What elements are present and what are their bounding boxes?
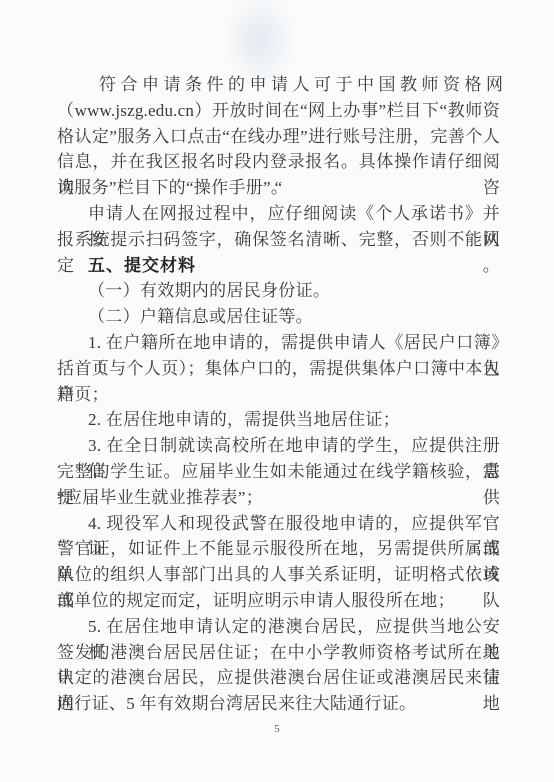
text-line: （二）户籍信息或居住证等。 <box>57 304 500 330</box>
text-line: （www.jszg.edu.cn）开放时间在“网上办事”栏目下“教师资 <box>57 98 500 124</box>
text-line: 籍页； <box>57 382 500 408</box>
text-line: 完整的学生证。应届毕业生如未能通过在线学籍核验，需提供 <box>57 459 500 485</box>
text-line: 签发的港澳台居民居住证；在中小学教师资格考试所在地申请 <box>57 640 500 666</box>
page-number: 5 <box>0 723 554 735</box>
text-line: 信息，并在我区报名时段内登录报名。具体操作请仔细阅读“咨 <box>57 149 500 175</box>
document-page: 符合申请条件的申请人可于中国教师资格网（www.jszg.edu.cn）开放时间… <box>0 0 554 782</box>
text-line: 3. 在全日制就读高校所在地申请的学生，应提供注册信息 <box>57 433 500 459</box>
text-line: （一）有效期内的居民身份证。 <box>57 278 500 304</box>
text-line: 申请人在网报过程中，应仔细阅读《个人承诺书》并按网 <box>57 201 500 227</box>
document-body-text: 符合申请条件的申请人可于中国教师资格网（www.jszg.edu.cn）开放时间… <box>57 72 500 717</box>
text-line: 或单位的规定而定，证明应明示申请人服役所在地； <box>57 588 500 614</box>
text-line: 警官证，如证件上不能显示服役所在地，另需提供所属部队或 <box>57 536 500 562</box>
text-line: 单位的组织人事部门出具的人事关系证明，证明格式依该部队 <box>57 562 500 588</box>
text-line: 4. 现役军人和现役武警在服役地申请的，应提供军官证或 <box>57 511 500 537</box>
text-line: 5. 在居住地申请认定的港澳台居民，应提供当地公安机关 <box>57 614 500 640</box>
text-line: 报系统提示扫码签字，确保签名清晰、完整，否则不能认定。 <box>57 227 500 253</box>
text-line: 括首页与个人页）；集体户口的，需提供集体户口簿中本人户 <box>57 356 500 382</box>
text-line: 1. 在户籍所在地申请的，需提供申请人《居民户口簿》（包 <box>57 330 500 356</box>
text-line: 格认定”服务入口点击“在线办理”进行账号注册，完善个人 <box>57 124 500 150</box>
text-line: 2. 在居住地申请的，需提供当地居住证； <box>57 407 500 433</box>
text-line: 符合申请条件的申请人可于中国教师资格网 <box>57 72 500 98</box>
text-line: 认定的港澳台居民，应提供港澳台居住证或港澳居民来往内地 <box>57 665 500 691</box>
